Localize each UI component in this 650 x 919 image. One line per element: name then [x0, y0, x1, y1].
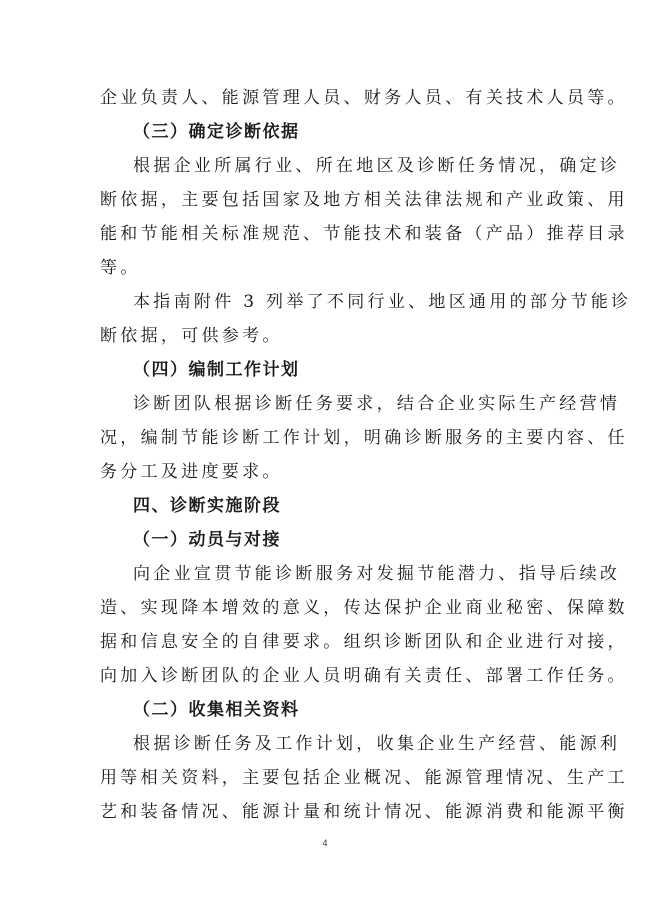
section-heading: （四）编制工作计划	[133, 353, 585, 387]
paragraph-line: 用等相关资料，主要包括企业概况、能源管理情况、生产工	[100, 761, 552, 795]
paragraph-line: 等。	[100, 251, 552, 285]
paragraph-line: 根据诊断任务及工作计划，收集企业生产经营、能源利	[133, 727, 552, 761]
paragraph-line: 断依据，主要包括国家及地方相关法律法规和产业政策、用	[100, 183, 552, 217]
paragraph-line: 断依据，可供参考。	[100, 319, 552, 353]
chapter-heading: 四、诊断实施阶段	[133, 489, 585, 523]
paragraph-line: 本指南附件 3 列举了不同行业、地区通用的部分节能诊	[133, 285, 552, 319]
section-heading: （一）动员与对接	[133, 523, 585, 557]
paragraph-line: 艺和装备情况、能源计量和统计情况、能源消费和能源平衡	[100, 795, 552, 829]
page-number: 4	[0, 838, 650, 848]
paragraph-line: 况，编制节能诊断工作计划，明确诊断服务的主要内容、任	[100, 421, 552, 455]
document-page: 企业负责人、能源管理人员、财务人员、有关技术人员等。 （三）确定诊断依据 根据企…	[0, 0, 650, 919]
paragraph-line: 造、实现降本增效的意义，传达保护企业商业秘密、保障数	[100, 591, 552, 625]
paragraph-line: 根据企业所属行业、所在地区及诊断任务情况，确定诊	[133, 149, 552, 183]
paragraph-line: 企业负责人、能源管理人员、财务人员、有关技术人员等。	[100, 81, 552, 115]
section-heading: （三）确定诊断依据	[133, 115, 585, 149]
paragraph-line: 诊断团队根据诊断任务要求，结合企业实际生产经营情	[133, 387, 552, 421]
paragraph-line: 据和信息安全的自律要求。组织诊断团队和企业进行对接，	[100, 625, 552, 659]
paragraph-line: 向加入诊断团队的企业人员明确有关责任、部署工作任务。	[100, 659, 552, 693]
paragraph-line: 能和节能相关标准规范、节能技术和装备（产品）推荐目录	[100, 217, 552, 251]
section-heading: （二）收集相关资料	[133, 693, 585, 727]
paragraph-line: 向企业宣贯节能诊断服务对发掘节能潜力、指导后续改	[133, 557, 552, 591]
paragraph-line: 务分工及进度要求。	[100, 455, 552, 489]
